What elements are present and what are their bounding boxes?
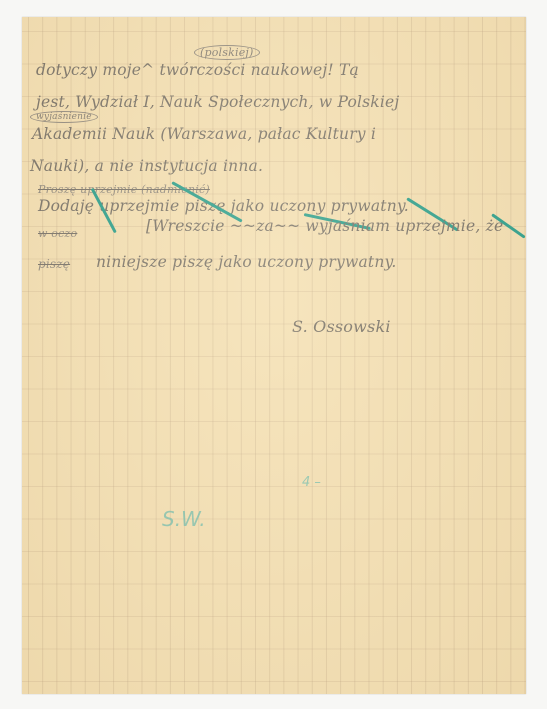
signature: S. Ossowski (292, 317, 391, 336)
struck-prefix-line-7: piszę (38, 257, 70, 271)
struck-prefix-line-6: w oczo (38, 227, 77, 240)
teal-scribble: S.W. (162, 507, 206, 531)
text-line-7: niniejsze piszę jako uczony prywatny. (96, 253, 397, 271)
text-line-2: jest, Wydział I, Nauk Społecznych, w Pol… (36, 93, 399, 111)
text-line-1: dotyczy moje^ twórczości naukowej! Tą (36, 61, 359, 79)
text-line-3: Akademii Nauk (Warszawa, pałac Kultury i (32, 125, 376, 143)
text-line-4: Nauki), a nie instytucja inna. (30, 157, 263, 175)
graph-paper-page: (polskiej) dotyczy moje^ twórczości nauk… (22, 17, 526, 694)
insertion-polskiej: (polskiej) (194, 45, 260, 60)
teal-small-mark: 4 – (302, 475, 321, 490)
insertion-wyjasnienie: wyjaśnienie (30, 111, 98, 123)
text-line-6: [Wreszcie ~~za~~ wyjaśniam uprzejmie, że (146, 217, 503, 235)
